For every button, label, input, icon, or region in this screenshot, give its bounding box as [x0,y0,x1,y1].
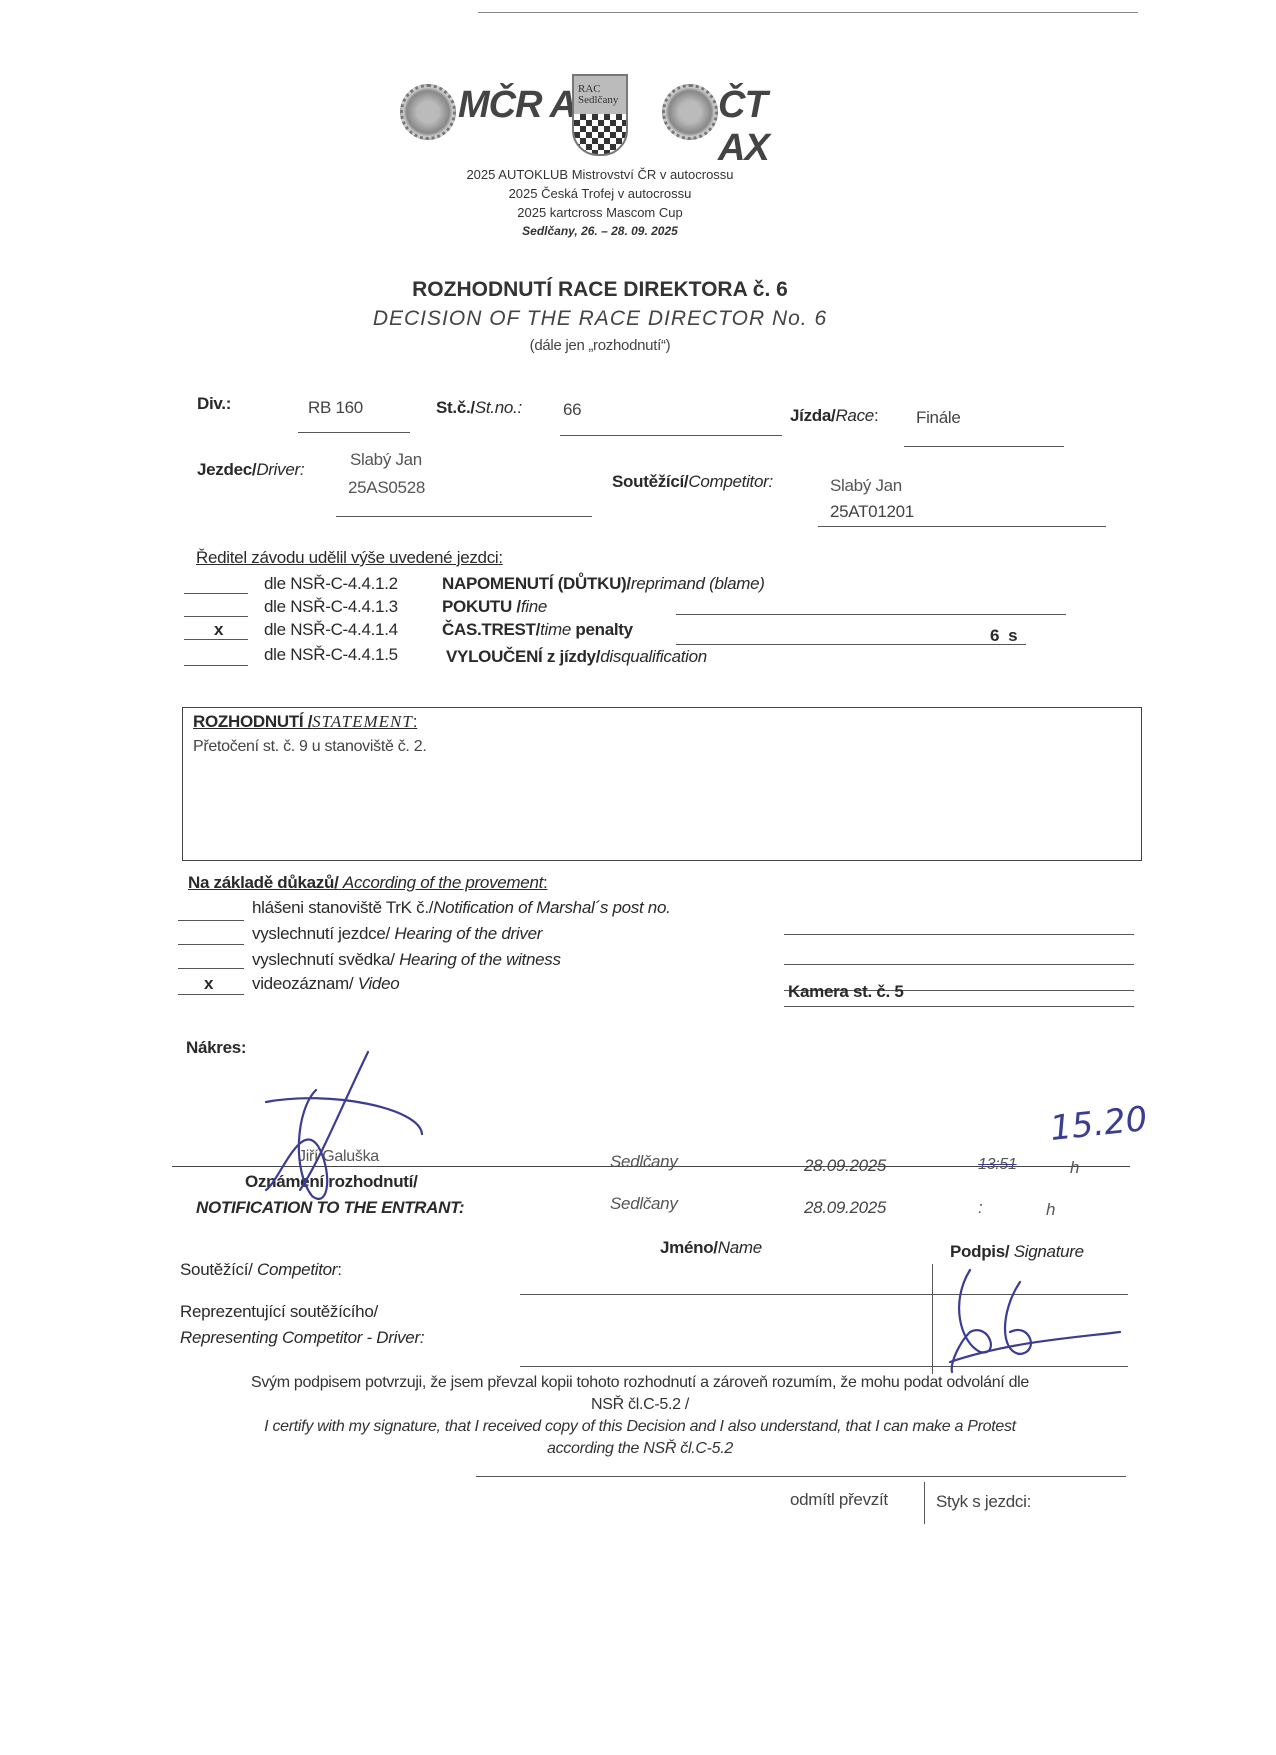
event-line-3: 2025 kartcross Mascom Cup [0,203,1200,222]
penalty-list: dle NSŘ-C-4.4.1.2 NAPOMENUTÍ (DŮTKU)/rep… [184,574,1084,666]
penalty-time-mark: x [214,620,223,640]
competitor-name: Slabý Jan [830,476,902,496]
ct-ax-logo: ČT AX [718,84,810,170]
driver-signature [930,1262,1130,1382]
notify-place: Sedlčany [610,1194,678,1214]
checkbox-line[interactable] [178,944,244,945]
statement-heading: ROZHODNUTÍ /STATEMENT: [193,712,417,732]
driver-label: Jezdec/Driver: [197,460,304,480]
checkbox-line[interactable] [178,994,244,995]
notify-time[interactable]: : [978,1198,982,1218]
director-signature [220,1050,440,1200]
penalty-fine[interactable]: dle NSŘ-C-4.4.1.3 POKUTU /fine [184,597,1084,620]
title-en: DECISION OF THE RACE DIRECTOR No. 6 [0,307,1200,331]
title-cz: ROZHODNUTÍ RACE DIREKTORA č. 6 [0,278,1200,302]
div-label: Div.: [197,394,231,414]
ct-emblem-icon [662,84,718,140]
checkbox-line[interactable] [178,968,244,969]
bottom-divider [924,1482,925,1524]
video-source: Kamera st. č. 5 [788,982,904,1002]
driver-underline [336,516,592,517]
driver-license: 25AS0528 [348,478,425,498]
event-dates: Sedlčany, 26. – 28. 09. 2025 [0,222,1200,241]
rac-sedlcany-logo: RAC Sedlčany [572,74,628,156]
refused-label: odmítl převzít [790,1490,888,1510]
bottom-rule [476,1476,1126,1477]
mcr-emblem-icon [400,84,456,140]
stno-label: St.č./St.no.: [436,398,522,418]
rac-logo-text: RAC Sedlčany [578,84,626,106]
signature-header: Podpis/ Signature [950,1242,1084,1262]
event-line-2: 2025 Česká Trofej v autocrossu [0,184,1200,203]
evidence-marshal[interactable]: hlášeni stanoviště TrK č./Notification o… [178,898,1138,926]
signoff-place: Sedlčany [610,1152,678,1172]
top-rule [478,12,1138,13]
stno-value: 66 [563,400,581,420]
penalty-reprimand[interactable]: dle NSŘ-C-4.4.1.2 NAPOMENUTÍ (DŮTKU)/rep… [184,574,1084,597]
subtitle: (dále jen „rozhodnutí“) [0,337,1200,354]
notify-hour-unit: h [1046,1200,1055,1220]
race-value: Finále [916,408,961,428]
penalty-disqualification[interactable]: dle NSŘ-C-4.4.1.5 VYLOUČENÍ z jízdy/disq… [184,643,1084,666]
logo-bar: MČR AX RAC Sedlčany ČT AX [400,80,810,150]
competitor-license: 25AT01201 [830,502,914,522]
competitor-label: Soutěžící/Competitor: [612,472,773,492]
signoff-date: 28.09.2025 [804,1156,886,1176]
notify-label-en: NOTIFICATION TO THE ENTRANT: [196,1198,464,1218]
checkbox-line[interactable] [184,616,248,617]
evidence-list: hlášeni stanoviště TrK č./Notification o… [178,898,1138,1010]
statement-box: ROZHODNUTÍ /STATEMENT: Přetočení st. č. … [182,707,1142,861]
rep-label-en: Representing Competitor - Driver: [180,1328,424,1348]
checkbox-line[interactable] [184,665,248,666]
competitor-underline [818,526,1106,527]
race-underline [904,446,1064,447]
checker-flag-icon [574,114,626,154]
div-value: RB 160 [308,398,363,418]
signoff-hour-unit: h [1070,1158,1079,1178]
checkbox-line[interactable] [178,920,244,921]
name-header: Jméno/Name [660,1238,762,1258]
evidence-video-mark: x [204,974,213,994]
contact-label: Styk s jezdci: [936,1492,1031,1512]
event-line-1: 2025 AUTOKLUB Mistrovství ČR v autocross… [0,165,1200,184]
evidence-heading: Na základě důkazů/ According of the prov… [188,873,547,893]
penalties-heading: Ředitel závodu udělil výše uvedené jezdc… [196,548,503,568]
competitor-receipt-label: Soutěžící/ Competitor: [180,1260,342,1280]
stno-underline [560,435,782,436]
race-label: Jízda/Race: [790,406,878,426]
confirmation-text: Svým podpisem potvrzuji, že jsem převzal… [150,1372,1130,1460]
div-underline [298,432,410,433]
penalty-time[interactable]: x dle NSŘ-C-4.4.1.4 ČAS.TREST/time penal… [184,620,1084,643]
notify-date: 28.09.2025 [804,1198,886,1218]
statement-text: Přetočení st. č. 9 u stanoviště č. 2. [193,738,426,756]
signoff-time-struck: 13:51 [978,1156,1017,1174]
rep-label-cz: Reprezentující soutěžícího/ [180,1302,378,1322]
checkbox-line[interactable] [184,593,248,594]
driver-name: Slabý Jan [350,450,422,470]
evidence-video[interactable]: x videozáznam/ Video Kamera st. č. 5 [178,982,1138,1010]
event-info: 2025 AUTOKLUB Mistrovství ČR v autocross… [0,165,1200,241]
handwritten-time: 15.20 [1048,1099,1149,1149]
